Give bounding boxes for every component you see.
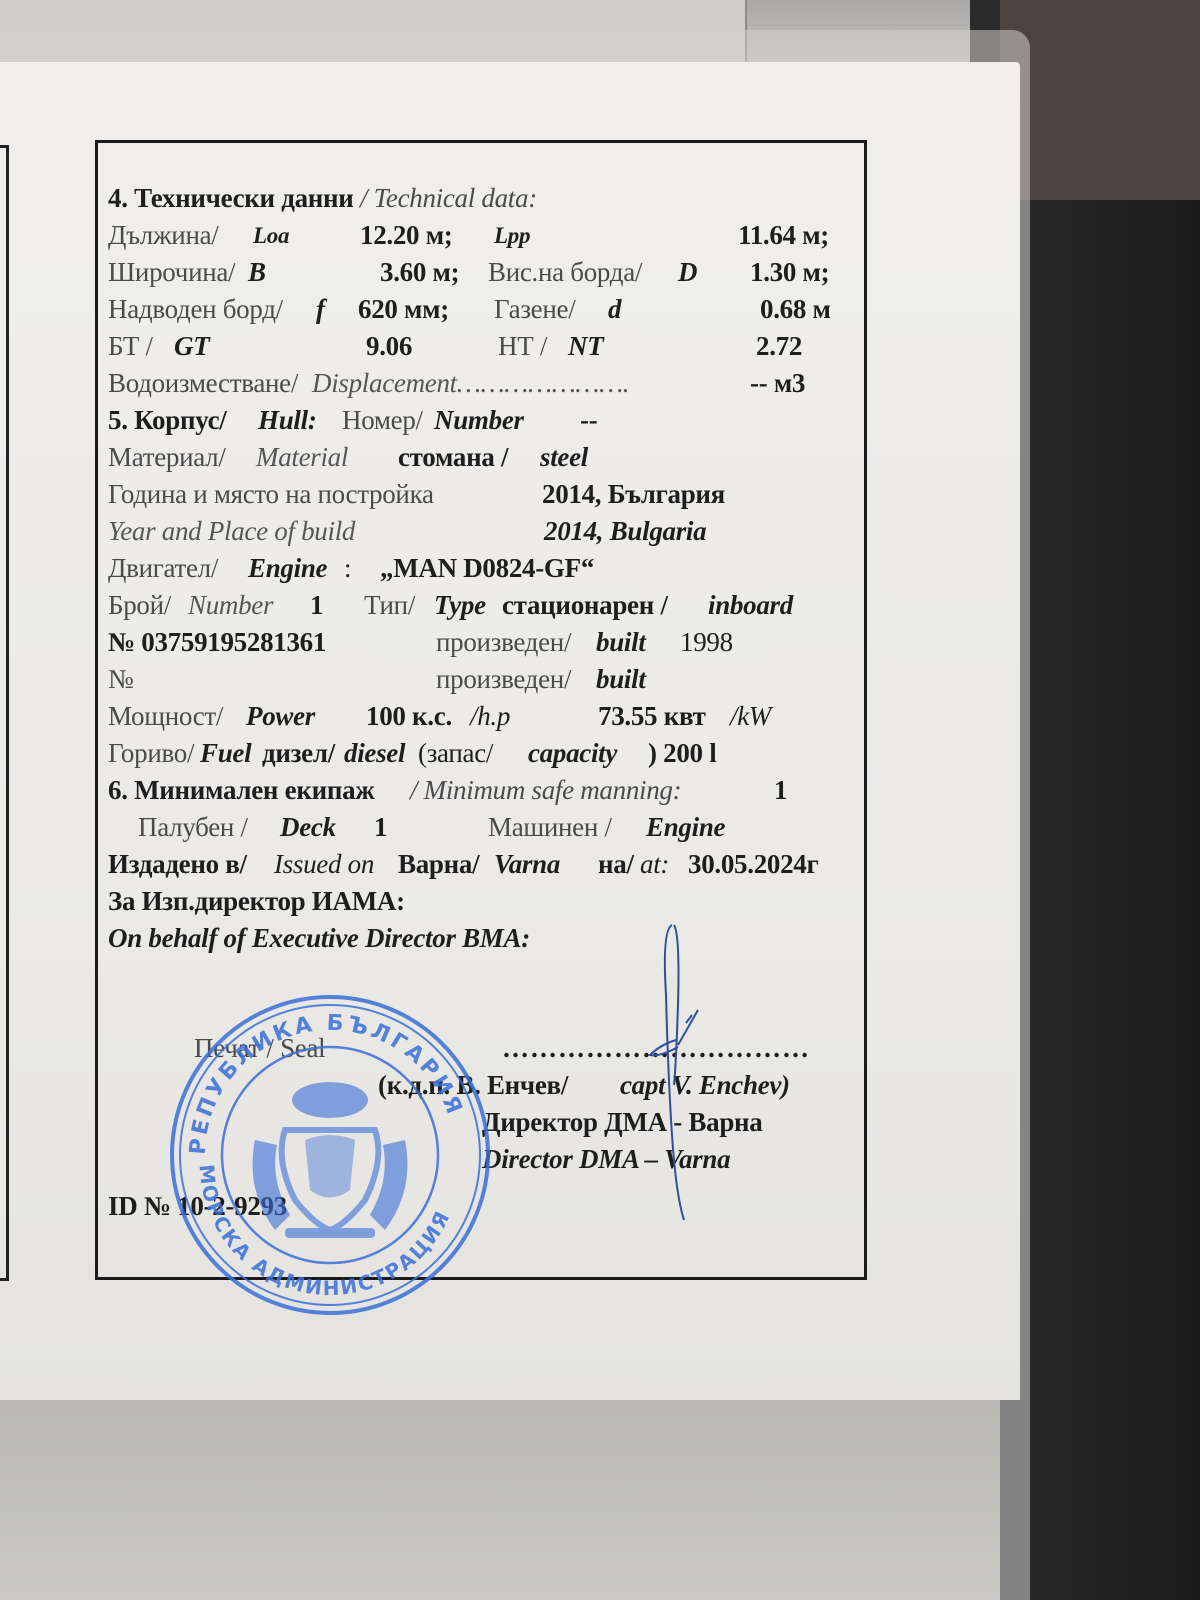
material-value-en: steel (540, 439, 588, 476)
depth-label: Вис.на борда/ (488, 254, 642, 291)
length-row: Дължина/ Loa 12.20 м; Lpp 11.64 м; (108, 217, 868, 254)
build-row-bg: Година и място на постройка 2014, Българ… (108, 476, 868, 513)
issue-at-bg: на/ (598, 846, 634, 883)
power-en: Power (246, 698, 315, 735)
nt-label: НТ / (498, 328, 547, 365)
built-label-2: произведен/ (436, 661, 571, 698)
manning-value: 1 (774, 772, 787, 809)
heading-bg: 4. Технически данни (108, 180, 354, 217)
power-hp-value: 100 к.с. (366, 698, 452, 735)
engine-type-value-en: inboard (708, 587, 793, 624)
fuel-value-bg: дизел/ (262, 735, 335, 772)
engine-serial-2: № (108, 661, 133, 698)
engine-type-value-bg: стационарен / (502, 587, 668, 624)
engine-row: Двигател/ Engine : „MAN D0824-GF“ (108, 550, 868, 587)
serial-row-1: № 03759195281361 произведен/ built 1998 (108, 624, 868, 661)
engine-model: „MAN D0824-GF“ (380, 550, 594, 587)
engine-serial-1: № 03759195281361 (108, 624, 326, 661)
technical-data-heading: 4. Технически данни / Technical data: (108, 180, 868, 217)
engine-crew-en: Engine (646, 809, 725, 846)
build-value-en: 2014, Bulgaria (544, 513, 706, 550)
engine-crew-label: Машинен / (488, 809, 612, 846)
build-label-en: Year and Place of build (108, 513, 355, 550)
behalf-en: On behalf of Executive Director BMA: (108, 920, 530, 957)
length-value: 12.20 м; (360, 217, 452, 254)
breadth-row: Широчина/ B 3.60 м; Вис.на борда/ D 1.30… (108, 254, 868, 291)
gt-value: 9.06 (366, 328, 412, 365)
build-row-en: Year and Place of build 2014, Bulgaria (108, 513, 868, 550)
engine-type-en: Type (434, 587, 486, 624)
power-kw-value: 73.55 квт (598, 698, 706, 735)
gt-symbol: GT (174, 328, 209, 365)
breadth-symbol: B (248, 254, 266, 291)
material-en: Material (256, 439, 348, 476)
coat-of-arms-icon (253, 1082, 408, 1238)
manning-heading-bg: 6. Минимален екипаж (108, 772, 375, 809)
freeboard-symbol: f (316, 291, 325, 328)
serial-row-2: № произведен/ built (108, 661, 868, 698)
engine-type-label: Тип/ (364, 587, 415, 624)
capacity-value: ) 200 l (648, 735, 716, 772)
issue-date: 30.05.2024г (688, 846, 818, 883)
engine-label: Двигател/ (108, 550, 218, 587)
displacement-label: Водоизместване/ (108, 365, 298, 402)
hull-heading-en: Hull: (258, 402, 317, 439)
freeboard-row: Надводен борд/ f 620 мм; Газене/ d 0.68 … (108, 291, 868, 328)
capacity-en: capacity (528, 735, 617, 772)
engine-count-value: 1 (310, 587, 323, 624)
freeboard-label: Надводен борд/ (108, 291, 283, 328)
adjacent-page-frame (0, 145, 9, 1281)
issue-place-en: Varna (494, 846, 560, 883)
capacity-open: (запас/ (418, 735, 493, 772)
fuel-en: Fuel (200, 735, 251, 772)
handwritten-signature (640, 915, 760, 1225)
length-symbol: Loa (253, 217, 289, 254)
gt-label: БТ / (108, 328, 153, 365)
hull-number-en: Number (434, 402, 524, 439)
manning-heading-en: / Minimum safe manning: (410, 772, 681, 809)
deck-label: Палубен / (138, 809, 248, 846)
engine-count-en: Number (188, 587, 273, 624)
breadth-value: 3.60 м; (380, 254, 459, 291)
material-label: Материал/ (108, 439, 226, 476)
fuel-value-en: diesel (344, 735, 405, 772)
issued-label-bg: Издадено в/ (108, 846, 247, 883)
tonnage-row: БТ / GT 9.06 НТ / NT 2.72 (108, 328, 868, 365)
power-row: Мощност/ Power 100 к.с. /h.p 73.55 квт /… (108, 698, 868, 735)
heading-en: / Technical data: (360, 180, 537, 217)
built-label-1: произведен/ (436, 624, 571, 661)
issued-label-en: Issued on (274, 846, 374, 883)
hull-number-label: Номер/ (342, 402, 423, 439)
power-label: Мощност/ (108, 698, 223, 735)
displacement-value: -- м3 (750, 365, 805, 402)
built-en-2: built (596, 661, 646, 698)
length-label: Дължина/ (108, 217, 219, 254)
built-year-1: 1998 (680, 624, 733, 661)
hull-heading-bg: 5. Корпус/ (108, 402, 226, 439)
draught-label: Газене/ (494, 291, 575, 328)
behalf-bg: За Изп.директор ИАМА: (108, 883, 405, 920)
power-kw-unit: /kW (730, 698, 771, 735)
lower-sheet (0, 1400, 1000, 1600)
displacement-en: Displacement…………………. (312, 365, 629, 402)
engine-count-row: Брой/ Number 1 Тип/ Type стационарен / i… (108, 587, 868, 624)
manning-heading: 6. Минимален екипаж / Minimum safe manni… (108, 772, 868, 809)
build-label-bg: Година и място на постройка (108, 476, 434, 513)
nt-value: 2.72 (756, 328, 802, 365)
draught-value: 0.68 м (760, 291, 831, 328)
issue-at-en: at: (640, 846, 669, 883)
build-value-bg: 2014, България (542, 476, 725, 513)
engine-count-label: Брой/ (108, 587, 171, 624)
issue-row: Издадено в/ Issued on Варна/ Varna на/ a… (108, 846, 868, 883)
hull-number-value: -- (580, 402, 597, 439)
material-row: Материал/ Material стомана / steel (108, 439, 868, 476)
deck-value: 1 (374, 809, 387, 846)
depth-value: 1.30 м; (750, 254, 829, 291)
engine-en: Engine (248, 550, 327, 587)
lpp-value: 11.64 м; (738, 217, 829, 254)
freeboard-value: 620 мм; (358, 291, 449, 328)
breadth-label: Широчина/ (108, 254, 235, 291)
material-value-bg: стомана / (398, 439, 508, 476)
fuel-row: Гориво/ Fuel дизел/ diesel (запас/ capac… (108, 735, 868, 772)
power-hp-unit: /h.p (470, 698, 510, 735)
depth-symbol: D (678, 254, 697, 291)
lpp-symbol: Lpp (494, 217, 530, 254)
nt-symbol: NT (568, 328, 603, 365)
official-seal-stamp: РЕПУБЛИКА БЪЛГАРИЯ МОРСКА АДМИНИСТРАЦИЯ (165, 990, 495, 1320)
background-corner (1000, 0, 1200, 200)
draught-symbol: d (608, 291, 621, 328)
fuel-label: Гориво/ (108, 735, 194, 772)
deck-en: Deck (280, 809, 336, 846)
displacement-row: Водоизместване/ Displacement…………………. -- … (108, 365, 868, 402)
crew-row: Палубен / Deck 1 Машинен / Engine (108, 809, 868, 846)
hull-heading: 5. Корпус/ Hull: Номер/ Number -- (108, 402, 868, 439)
built-en-1: built (596, 624, 646, 661)
issue-place-bg: Варна/ (398, 846, 479, 883)
